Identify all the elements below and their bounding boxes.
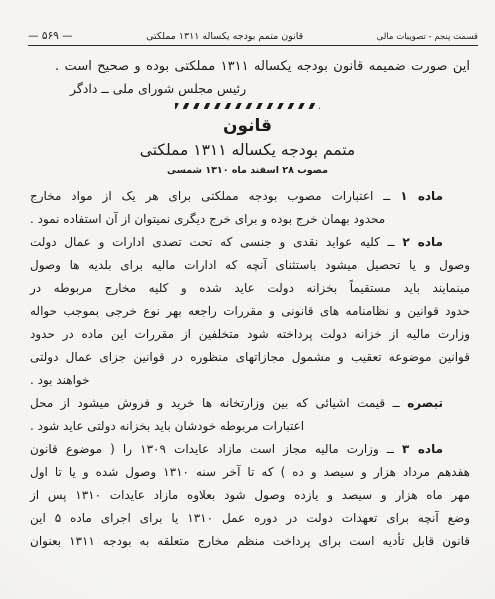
- law-title: متمم بودجه یکساله ۱۳۱۱ مملکتی: [0, 141, 495, 159]
- article-3-line-3: مهر ماه هزار و سیصد و یازده وصول شود بعل…: [30, 484, 470, 507]
- article-2-line-5: وزارت مالیه از خزانه دولت پرداخته شود مت…: [30, 323, 470, 346]
- article-1-label: ماده ۱: [400, 189, 443, 203]
- article-1-line-2: محدود بهمان خرج بوده و برای خرج دیگری نم…: [30, 208, 470, 231]
- header-running-title: قانون متمم بودجه یکساله ۱۳۱۱ مملکتی: [146, 31, 303, 42]
- note-line-2: اعتبارات مربوطه خودشان باید بخزانه دولتی…: [30, 415, 470, 438]
- article-2-line-4: حدود قوانین و نظامنامه های قانونی و مقرر…: [30, 300, 470, 323]
- article-1-line-1: ماده ۱ ــ اعتبارات مصوب بودجه مملکتی برا…: [30, 185, 470, 208]
- article-3-line-1: ماده ۳ ــ وزارت مالیه مجاز است مازاد عای…: [30, 438, 470, 461]
- article-2-line-1: ماده ۲ ــ کلیه عواید نقدی و جنسی که تحت …: [30, 231, 470, 254]
- scanned-document-page: قسمت پنجم - تصویبات مالی قانون متمم بودج…: [0, 0, 495, 599]
- body-line-text: ــ کلیه عواید نقدی و جنسی که تحت تصدی اد…: [30, 235, 395, 249]
- article-2-line-6: قوانین موضوعه تعقیب و مشمول مجازاتهای من…: [30, 346, 470, 369]
- note-line-1: تبصره ــ قیمت اشیائی که بین وزارتخانه ها…: [30, 392, 470, 415]
- body-line-text: ــ اعتبارات مصوب بودجه مملکتی برای هر یک…: [30, 189, 390, 203]
- article-2-line-2: وصول و یا تحصیل میشود باستثنای آنچه که ا…: [30, 254, 470, 277]
- certification-signature: رئیس مجلس شورای ملی ــ دادگر: [0, 79, 495, 98]
- law-kicker: قانون: [0, 116, 495, 136]
- article-2-label: ماده ۲: [402, 235, 443, 249]
- article-2-line-3: مینمایند باید مستقیماً بخزانه دولت عاید …: [30, 277, 470, 300]
- approval-date: مصوب ۲۸ اسفند ماه ۱۳۱۰ شمسی: [0, 165, 495, 176]
- law-body: ماده ۱ ــ اعتبارات مصوب بودجه مملکتی برا…: [30, 185, 470, 553]
- article-3-line-4: وضع آنچه برای تعهدات دولت در دوره عمل ۱۳…: [30, 507, 470, 530]
- article-3-label: ماده ۳: [402, 442, 443, 456]
- ornament-divider: [175, 103, 320, 109]
- note-label: تبصره: [407, 396, 443, 410]
- header-page-number: — ۵۶۹ —: [28, 30, 73, 42]
- certification-statement: این صورت ضمیمه قانون بودجه یکساله ۱۳۱۱ م…: [55, 57, 470, 76]
- article-3-line-2: هفدهم مرداد هزار و سیصد و ده ) که تا آخر…: [30, 461, 470, 484]
- body-line-text: ــ قیمت اشیائی که بین وزارتخانه ها خرید …: [30, 396, 400, 410]
- header-section-label: قسمت پنجم - تصویبات مالی: [377, 32, 478, 42]
- running-header: قسمت پنجم - تصویبات مالی قانون متمم بودج…: [28, 30, 478, 46]
- article-2-line-7: خواهند بود .: [30, 369, 470, 392]
- article-3-line-5: قانون قابل تأدیه است برای پرداخت منظم مخ…: [30, 530, 470, 553]
- body-line-text: ــ وزارت مالیه مجاز است مازاد عایدات ۱۳۰…: [30, 442, 394, 456]
